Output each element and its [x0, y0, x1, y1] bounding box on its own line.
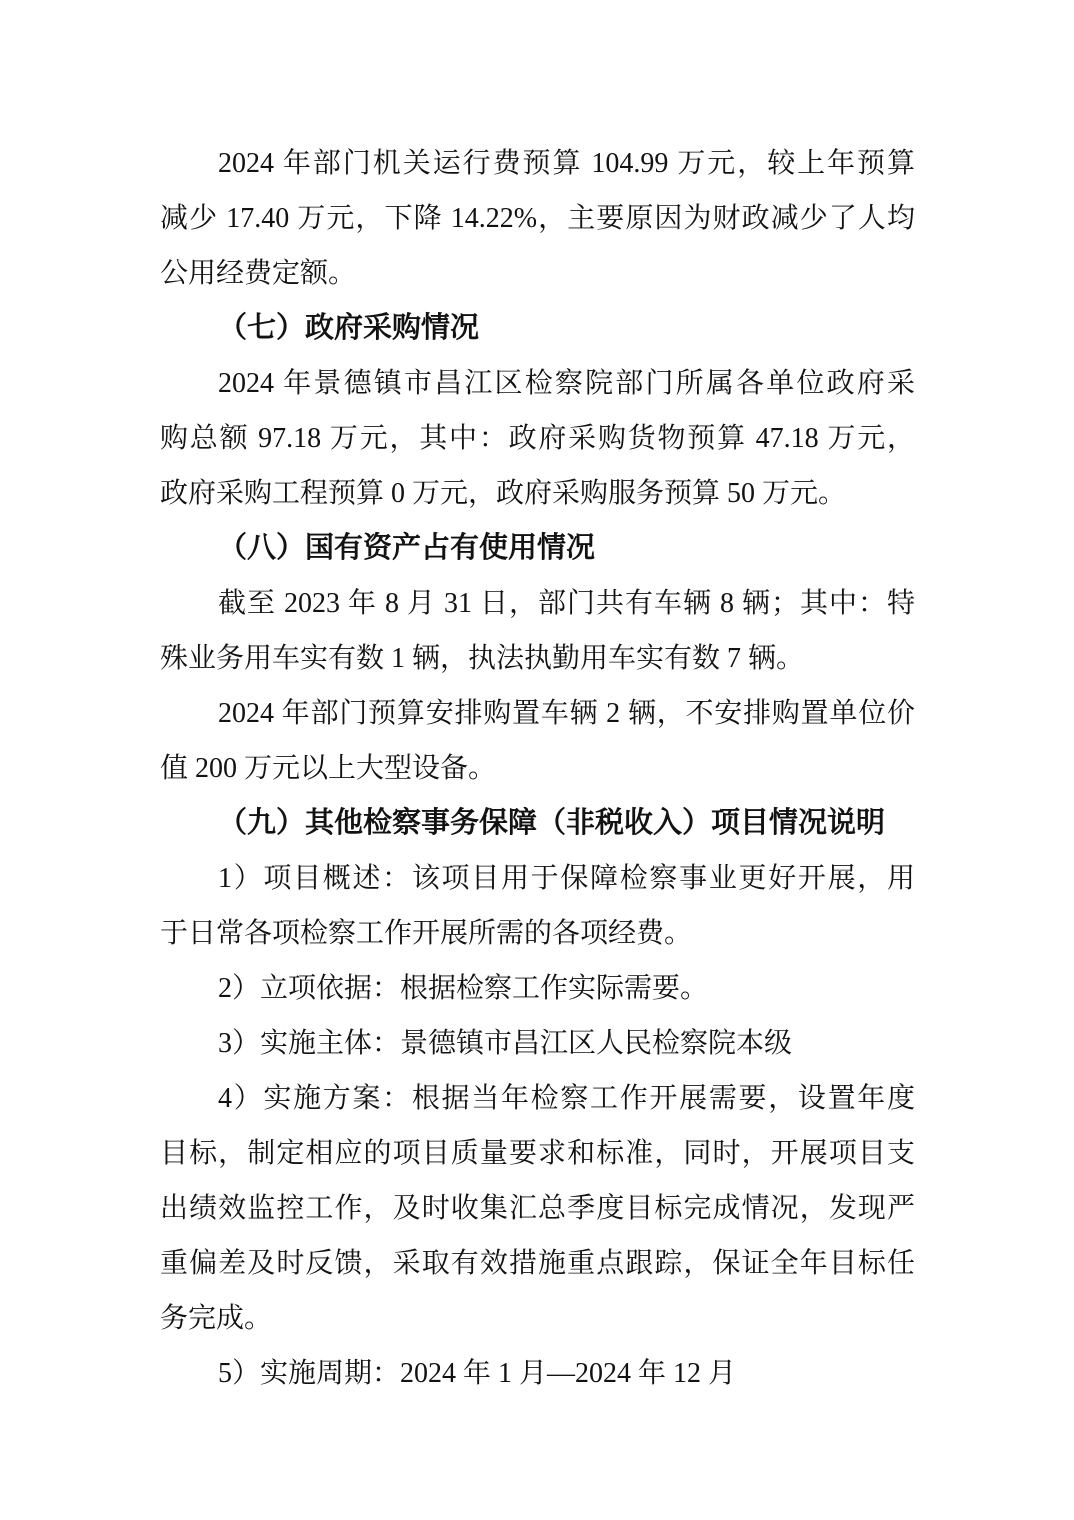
- section-heading: （七）政府采购情况: [160, 301, 915, 356]
- paragraph-item-1-overview: 1）项目概述：该项目用于保障检察事业更好开展，用 于日常各项检察工作开展所需的各…: [160, 851, 915, 961]
- paragraph-item-5-period: 5）实施周期：2024 年 1 月—2024 年 12 月: [160, 1346, 915, 1401]
- text-line: 值 200 万元以上大型设备。: [160, 741, 915, 796]
- text-line: 5）实施周期：2024 年 1 月—2024 年 12 月: [160, 1346, 915, 1401]
- text-line: 殊业务用车实有数 1 辆，执法执勤用车实有数 7 辆。: [160, 631, 915, 686]
- paragraph-item-4-plan: 4）实施方案：根据当年检察工作开展需要，设置年度 目标，制定相应的项目质量要求和…: [160, 1071, 915, 1346]
- text-line: 2024 年部门预算安排购置车辆 2 辆，不安排购置单位价: [160, 686, 915, 741]
- text-line: 公用经费定额。: [160, 246, 915, 301]
- text-line: 截至 2023 年 8 月 31 日，部门共有车辆 8 辆；其中：特: [160, 576, 915, 631]
- document-page: 2024 年部门机关运行费预算 104.99 万元，较上年预算 减少 17.40…: [0, 0, 1074, 1520]
- text-line: 出绩效监控工作，及时收集汇总季度目标完成情况，发现严: [160, 1181, 915, 1236]
- paragraph-operating-costs: 2024 年部门机关运行费预算 104.99 万元，较上年预算 减少 17.40…: [160, 136, 915, 301]
- section-heading-8-state-assets: （八）国有资产占有使用情况: [160, 521, 915, 576]
- text-line: 2024 年景德镇市昌江区检察院部门所属各单位政府采: [160, 356, 915, 411]
- text-line: 1）项目概述：该项目用于保障检察事业更好开展，用: [160, 851, 915, 906]
- text-line: 2）立项依据：根据检察工作实际需要。: [160, 961, 915, 1016]
- section-heading: （八）国有资产占有使用情况: [160, 521, 915, 576]
- paragraph-item-3-implementer: 3）实施主体：景德镇市昌江区人民检察院本级: [160, 1016, 915, 1071]
- text-line: 目标，制定相应的项目质量要求和标准，同时，开展项目支: [160, 1126, 915, 1181]
- text-line: 政府采购工程预算 0 万元，政府采购服务预算 50 万元。: [160, 466, 915, 521]
- paragraph-vehicles-planned: 2024 年部门预算安排购置车辆 2 辆，不安排购置单位价 值 200 万元以上…: [160, 686, 915, 796]
- text-line: 于日常各项检察工作开展所需的各项经费。: [160, 906, 915, 961]
- text-line: 务完成。: [160, 1291, 915, 1346]
- text-line: 2024 年部门机关运行费预算 104.99 万元，较上年预算: [160, 136, 915, 191]
- section-heading: （九）其他检察事务保障（非税收入）项目情况说明: [160, 796, 915, 851]
- text-line: 3）实施主体：景德镇市昌江区人民检察院本级: [160, 1016, 915, 1071]
- text-line: 4）实施方案：根据当年检察工作开展需要，设置年度: [160, 1071, 915, 1126]
- text-line: 购总额 97.18 万元，其中：政府采购货物预算 47.18 万元，: [160, 411, 915, 466]
- text-line: 减少 17.40 万元，下降 14.22%，主要原因为财政减少了人均: [160, 191, 915, 246]
- section-heading-9-project-explanation: （九）其他检察事务保障（非税收入）项目情况说明: [160, 796, 915, 851]
- paragraph-item-2-basis: 2）立项依据：根据检察工作实际需要。: [160, 961, 915, 1016]
- paragraph-vehicles-current: 截至 2023 年 8 月 31 日，部门共有车辆 8 辆；其中：特 殊业务用车…: [160, 576, 915, 686]
- paragraph-procurement-detail: 2024 年景德镇市昌江区检察院部门所属各单位政府采 购总额 97.18 万元，…: [160, 356, 915, 521]
- text-line: 重偏差及时反馈，采取有效措施重点跟踪，保证全年目标任: [160, 1236, 915, 1291]
- section-heading-7-procurement: （七）政府采购情况: [160, 301, 915, 356]
